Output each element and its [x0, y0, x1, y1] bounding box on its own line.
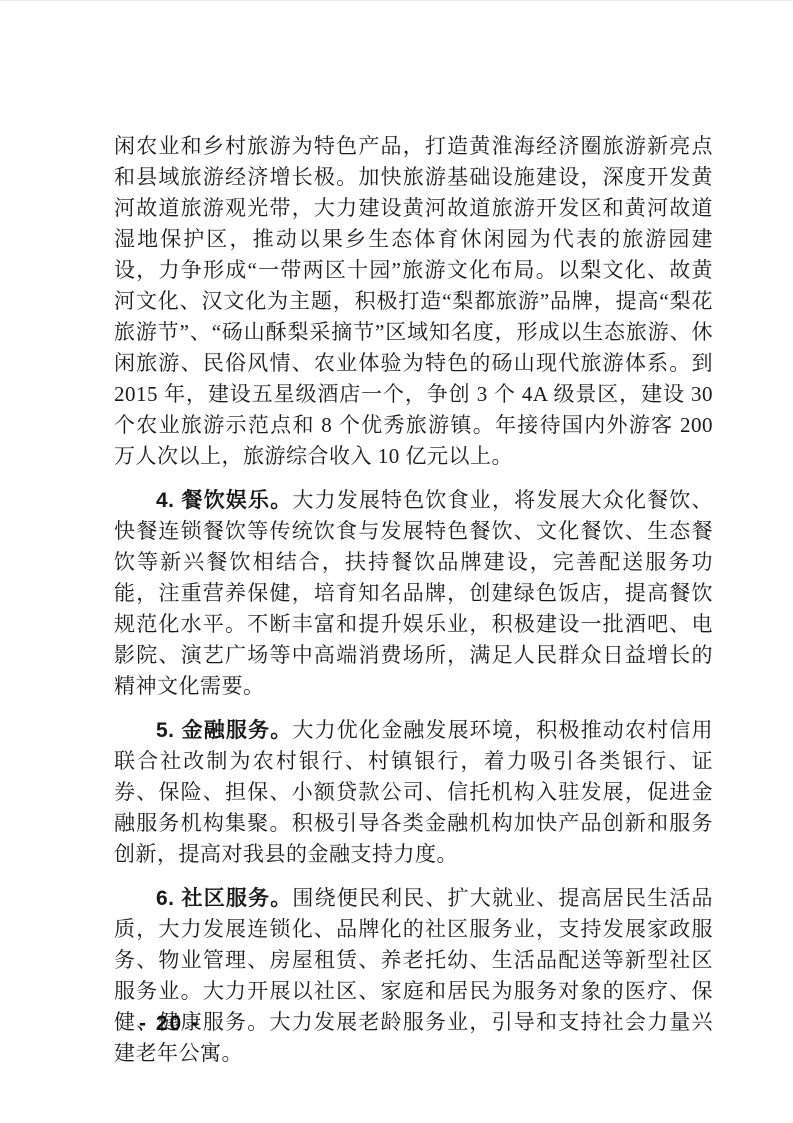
paragraph-tourism-continuation: 闲农业和乡村旅游为特色产品，打造黄淮海经济圈旅游新亮点和县域旅游经济增长极。加快… — [114, 131, 713, 472]
page-number: - 20 - — [139, 1011, 200, 1037]
paragraph-body-text: 闲农业和乡村旅游为特色产品，打造黄淮海经济圈旅游新亮点和县域旅游经济增长极。加快… — [114, 134, 713, 468]
paragraph-heading: 4. 餐饮娱乐。 — [156, 489, 292, 512]
paragraph-community-services: 6. 社区服务。围绕便民利民、扩大就业、提高居民生活品质，大力发展连锁化、品牌化… — [114, 883, 713, 1069]
paragraph-financial-services: 5. 金融服务。大力优化金融发展环境，积极推动农村信用联合社改制为农村银行、村镇… — [114, 715, 713, 870]
paragraph-heading: 6. 社区服务。 — [156, 887, 292, 910]
paragraph-body-text: 围绕便民利民、扩大就业、提高居民生活品质，大力发展连锁化、品牌化的社区服务业，支… — [114, 886, 713, 1065]
paragraph-catering-entertainment: 4. 餐饮娱乐。大力发展特色饮食业，将发展大众化餐饮、快餐连锁餐饮等传统饮食与发… — [114, 485, 713, 702]
document-page: 闲农业和乡村旅游为特色产品，打造黄淮海经济圈旅游新亮点和县域旅游经济增长极。加快… — [0, 0, 793, 1123]
paragraph-heading: 5. 金融服务。 — [156, 719, 292, 742]
paragraph-body-text: 大力发展特色饮食业，将发展大众化餐饮、快餐连锁餐饮等传统饮食与发展特色餐饮、文化… — [114, 488, 713, 698]
document-body: 闲农业和乡村旅游为特色产品，打造黄淮海经济圈旅游新亮点和县域旅游经济增长极。加快… — [114, 131, 713, 1082]
